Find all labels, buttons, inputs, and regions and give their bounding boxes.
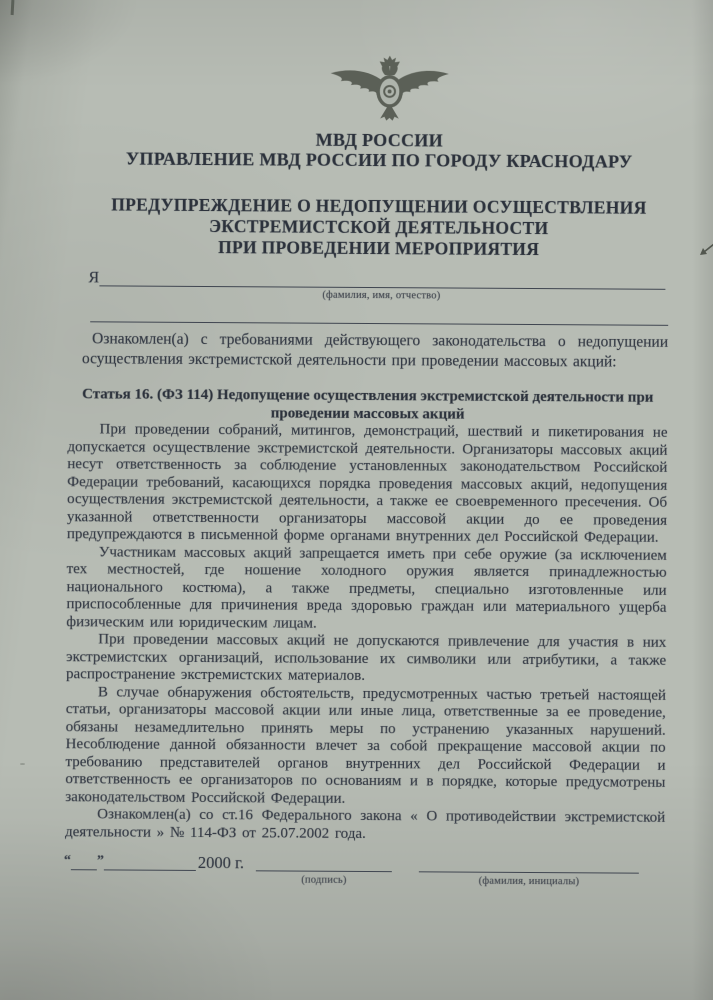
declarant-name-blank-line: [99, 268, 665, 289]
year-label: 2000 г.: [198, 854, 244, 872]
month-blank-line: [104, 853, 196, 871]
signature-field: (подпись): [256, 854, 392, 887]
article-paragraph-1: При проведении собраний, митингов, демон…: [67, 421, 668, 547]
day-blank-line: [71, 853, 97, 870]
org-name-line-2: УПРАВЛЕНИЕ МВД РОССИИ ПО ГОРОДУ КРАСНОДА…: [79, 148, 679, 172]
surname-initials-caption: (фамилия, инициалы): [419, 874, 639, 888]
signature-blank-line: [256, 854, 392, 872]
document-header: МВД РОССИИ УПРАВЛЕНИЕ МВД РОССИИ ПО ГОРО…: [79, 52, 680, 261]
surname-initials-field: (фамилия, инициалы): [419, 855, 639, 888]
scanned-warning-document-photo: МВД РОССИИ УПРАВЛЕНИЕ МВД РОССИИ ПО ГОРО…: [0, 0, 713, 1000]
declarant-name-row: Я: [68, 267, 668, 290]
scan-edge-tick-mark: [11, 0, 15, 15]
article-paragraph-2: Участникам массовых акций запрещается им…: [66, 544, 667, 635]
surname-blank-line: [419, 855, 639, 873]
document-page: МВД РОССИИ УПРАВЛЕНИЕ МВД РОССИИ ПО ГОРО…: [65, 0, 670, 889]
declarant-name-caption: (фамилия, имя, отчество): [81, 287, 681, 304]
article-paragraph-4: В случае обнаружения обстоятельств, пред…: [65, 684, 666, 810]
declarant-pronoun: Я: [88, 269, 99, 286]
document-title-line-3: ПРИ ПРОВЕДЕНИИ МЕРОПРИЯТИЯ: [79, 236, 679, 261]
article-paragraph-3: При проведении массовых акций не допуска…: [66, 631, 666, 687]
document-title-line-1: ПРЕДУПРЕЖДЕНИЕ О НЕДОПУЩЕНИИ ОСУЩЕСТВЛЕН…: [79, 194, 679, 219]
document-title: ПРЕДУПРЕЖДЕНИЕ О НЕДОПУЩЕНИИ ОСУЩЕСТВЛЕН…: [79, 194, 679, 261]
second-blank-line: [90, 321, 668, 326]
acknowledgement-closing: Ознакомлен(а) со ст.16 Федерального зако…: [65, 806, 665, 845]
acknowledgement-intro: Ознакомлен(а) с требованиями действующег…: [82, 329, 668, 373]
date-signature-row: “ ” 2000 г. (подпись) (фамилия, инициалы…: [64, 853, 665, 889]
pen-arrow-mark: [699, 243, 713, 257]
signature-caption: (подпись): [256, 873, 392, 887]
article-16-heading: Статья 16. (ФЗ 114) Недопущение осуществ…: [68, 386, 668, 425]
scan-speck-mark: [20, 763, 25, 765]
mvd-double-headed-eagle-emblem: [314, 54, 464, 125]
